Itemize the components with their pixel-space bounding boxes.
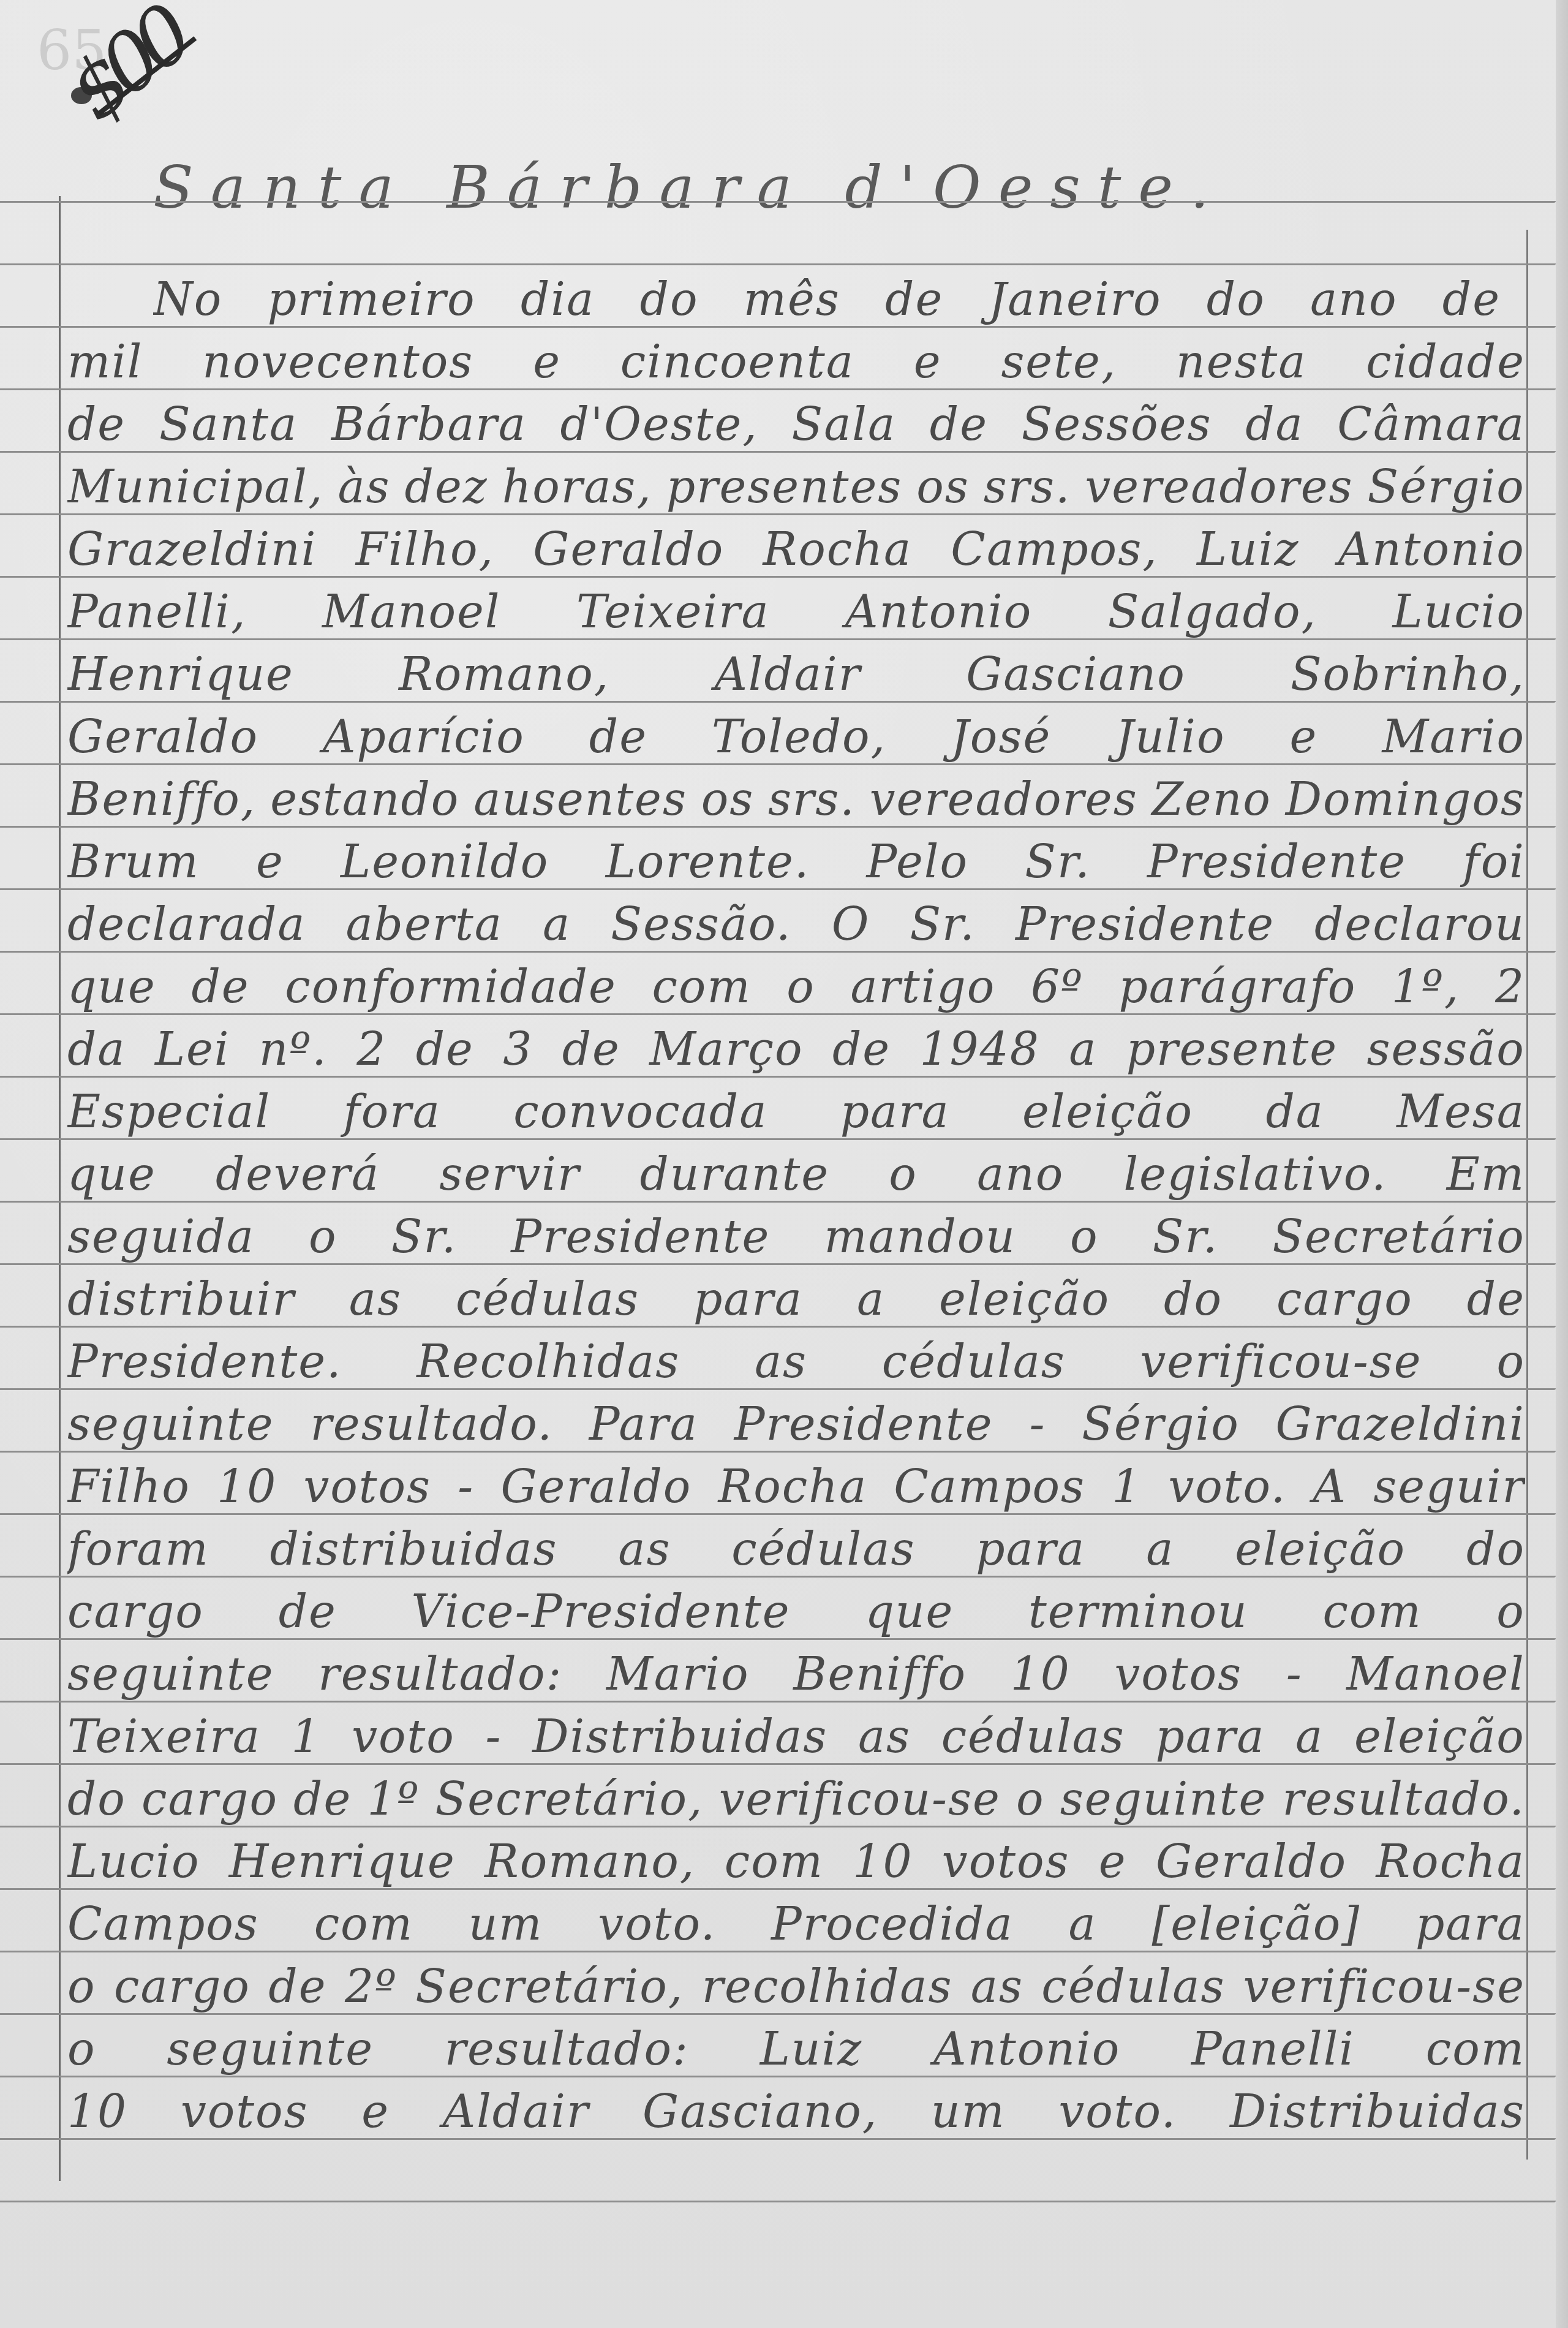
word: Presidente. — [67, 1336, 342, 1388]
word: Manoel — [322, 586, 501, 638]
word: do — [1164, 1273, 1223, 1326]
text-line: daLeinº.2de3deMarçode1948apresentesessão — [67, 1023, 1525, 1076]
word: cargo — [1276, 1273, 1413, 1326]
word: mês — [744, 273, 840, 326]
word: Presidente — [1016, 898, 1275, 951]
word: Teixeira — [67, 1710, 261, 1763]
word: parágrafo — [1118, 961, 1356, 1013]
word: A — [1313, 1461, 1347, 1513]
word: seguinte — [1060, 1773, 1267, 1826]
word: Lei — [155, 1023, 230, 1076]
text-line: Beniffo,estandoausentesossrs.vereadoresZ… — [67, 773, 1525, 826]
word: votos — [942, 1835, 1070, 1888]
word: Geraldo — [500, 1461, 692, 1513]
word: que — [865, 1585, 954, 1638]
word: resultado: — [445, 2023, 689, 2076]
word: de — [268, 1960, 326, 2013]
word: que — [67, 961, 156, 1013]
text-line: Presidente.Recolhidasascédulasverificou-… — [67, 1336, 1525, 1388]
word: de — [1442, 273, 1501, 326]
word: Zeno — [1151, 773, 1271, 826]
word: Manoel — [1346, 1648, 1525, 1701]
word: Lucio — [1392, 586, 1525, 638]
text-line: docargode1ºSecretário,verificou-seosegui… — [67, 1773, 1525, 1826]
word: Panelli, — [67, 586, 247, 638]
word: 2 — [356, 1023, 386, 1076]
word: com — [314, 1898, 413, 1951]
word: durante — [639, 1148, 829, 1201]
text-line: Filho10votos-GeraldoRochaCampos1voto.Ase… — [67, 1461, 1525, 1513]
word: mil — [67, 336, 143, 388]
word: Secretário, — [435, 1773, 703, 1826]
word: para — [840, 1086, 950, 1138]
word: Sessão. — [611, 898, 791, 951]
word: Presidente — [511, 1211, 770, 1263]
word: aberta — [345, 898, 503, 951]
word: que — [67, 1148, 156, 1201]
word: vereadores — [870, 773, 1138, 826]
text-line: milnovecentosecincoentaesete,nestacidade — [67, 336, 1525, 388]
word: o — [1496, 1585, 1525, 1638]
text-line: foramdistribuidasascédulasparaaeleiçãodo — [67, 1523, 1525, 1576]
word: Janeiro — [989, 273, 1162, 326]
word: a — [1146, 1523, 1174, 1576]
word: o — [786, 961, 815, 1013]
word: Sr. — [1025, 836, 1090, 888]
word: o — [1496, 1336, 1525, 1388]
word: Grazeldini — [1276, 1398, 1525, 1451]
ruled-line — [0, 1701, 1556, 1703]
word: para — [976, 1523, 1085, 1576]
text-line: seguidaoSr.PresidentemandouoSr.Secretári… — [67, 1211, 1525, 1263]
word: seguinte — [167, 2023, 374, 2076]
word: Beniffo, — [67, 773, 256, 826]
word: 10 — [853, 1835, 913, 1888]
ruled-line — [0, 263, 1556, 265]
word: seguir — [1373, 1461, 1525, 1513]
word: o — [67, 1960, 96, 2013]
word: do — [640, 273, 699, 326]
word: primeiro — [268, 273, 476, 326]
word: Henrique — [229, 1835, 456, 1888]
ruled-line — [0, 2076, 1556, 2077]
word: Sala — [791, 398, 896, 451]
word: do — [1207, 273, 1265, 326]
word: srs. — [984, 461, 1071, 513]
word: Leonildo — [341, 836, 549, 888]
word: votos — [181, 2085, 309, 2138]
word: votos — [303, 1461, 431, 1513]
word: estando — [270, 773, 459, 826]
word: as — [971, 1960, 1023, 2013]
ruled-line — [0, 701, 1556, 703]
ruled-line — [0, 513, 1556, 515]
word: Antonio — [845, 586, 1032, 638]
word: para — [1155, 1710, 1265, 1763]
word: de — [832, 1023, 891, 1076]
word: 2 — [1495, 961, 1525, 1013]
word: Domingos — [1286, 773, 1525, 826]
word: Gasciano — [966, 648, 1186, 701]
word: com — [652, 961, 751, 1013]
word: Filho — [67, 1461, 190, 1513]
word: Secretário — [1272, 1211, 1525, 1263]
word: 1º — [367, 1773, 420, 1826]
text-line: HenriqueRomano,AldairGascianoSobrinho, — [67, 648, 1525, 701]
word: da — [67, 1023, 126, 1076]
word: Distribuidas — [1230, 2085, 1525, 2138]
word: Sr. — [391, 1211, 457, 1263]
word: e — [533, 336, 561, 388]
word: - — [486, 1710, 502, 1763]
ruled-line — [0, 888, 1556, 890]
ruled-line — [0, 388, 1556, 390]
word: Geraldo — [67, 711, 258, 763]
ruled-line — [0, 1201, 1556, 1203]
word: nº. — [259, 1023, 328, 1076]
word: Aldair — [443, 2085, 590, 2138]
word: voto — [352, 1710, 455, 1763]
word: Panelli — [1191, 2023, 1355, 2076]
word: Romano, — [484, 1835, 695, 1888]
right-margin-rule — [1526, 230, 1528, 2160]
word: Antonio — [1338, 523, 1525, 576]
word: os — [701, 773, 755, 826]
word: Sérgio — [1082, 1398, 1239, 1451]
word: 1º, — [1392, 961, 1460, 1013]
word: Recolhidas — [417, 1336, 680, 1388]
text-line: Teixeira1voto-Distribuidasascédulasparaa… — [67, 1710, 1525, 1763]
word: Municipal, — [67, 461, 324, 513]
word: presentes — [666, 461, 902, 513]
word: Campos, — [951, 523, 1158, 576]
word: e — [1290, 711, 1318, 763]
word: vereadores — [1085, 461, 1354, 513]
word: declarou — [1314, 898, 1525, 951]
ruled-line — [0, 826, 1556, 828]
word: Lucio — [67, 1835, 200, 1888]
word: Lorente. — [606, 836, 810, 888]
ruled-line — [0, 1826, 1556, 1827]
word: Beniffo — [793, 1648, 967, 1701]
ruled-line — [0, 1951, 1556, 1952]
word: Sérgio — [1367, 461, 1525, 513]
word: Procedida — [771, 1898, 1013, 1951]
left-margin-rule — [59, 196, 61, 2181]
word: cédulas — [731, 1523, 915, 1576]
word: cédulas — [456, 1273, 639, 1326]
word: as — [618, 1523, 671, 1576]
ruled-line — [0, 1451, 1556, 1453]
word: O — [832, 898, 870, 951]
ruled-line — [0, 1138, 1556, 1140]
ruled-line — [0, 763, 1556, 765]
text-line: BrumeLeonildoLorente.PeloSr.Presidentefo… — [67, 836, 1525, 888]
word: às — [338, 461, 391, 513]
word: o — [1070, 1211, 1099, 1263]
word: do — [67, 1773, 126, 1826]
word: Sr. — [1153, 1211, 1218, 1263]
word: com — [1426, 2023, 1525, 2076]
word: Rocha — [763, 523, 913, 576]
word: de — [191, 961, 249, 1013]
scanned-ledger-page: 65 $00 Santa Bárbara d'Oeste. Noprimeiro… — [0, 0, 1568, 2328]
word: Campos — [894, 1461, 1085, 1513]
word: com — [1322, 1585, 1422, 1638]
word: Grazeldini — [67, 523, 317, 576]
word: dez — [405, 461, 488, 513]
word: Santa — [159, 398, 298, 451]
word: Rocha — [718, 1461, 868, 1513]
word: Henrique — [67, 648, 294, 701]
word: Distribuidas — [532, 1710, 827, 1763]
word: de — [885, 273, 943, 326]
word: para — [693, 1273, 803, 1326]
word: servir — [439, 1148, 580, 1201]
text-line: oseguinteresultado:LuizAntonioPanellicom — [67, 2023, 1525, 2076]
text-line: seguinteresultado:MarioBeniffo10votos-Ma… — [67, 1648, 1525, 1701]
word: cédulas — [1041, 1960, 1225, 2013]
ruled-line — [0, 1638, 1556, 1640]
word: e — [256, 836, 284, 888]
word: recolhidas — [702, 1960, 953, 2013]
word: srs. — [768, 773, 856, 826]
word: d'Oeste, — [560, 398, 758, 451]
word: declarada — [67, 898, 306, 951]
word: a — [1295, 1710, 1324, 1763]
word: a — [1069, 1023, 1097, 1076]
ruled-line — [0, 1576, 1556, 1578]
word: Mario — [606, 1648, 749, 1701]
word: - — [1286, 1648, 1303, 1701]
word: Em — [1447, 1148, 1525, 1201]
word: nesta — [1176, 336, 1306, 388]
word: 10 — [1011, 1648, 1071, 1701]
word: - — [458, 1461, 474, 1513]
word: cargo — [114, 1960, 251, 2013]
word: verificou-se — [1243, 1960, 1525, 2013]
word: 10 — [67, 2085, 127, 2138]
ruled-line — [0, 201, 1556, 203]
word: Sobrinho, — [1291, 648, 1525, 701]
word: distribuir — [67, 1273, 295, 1326]
word: e — [1099, 1835, 1127, 1888]
word: 3 — [503, 1023, 533, 1076]
word: com — [725, 1835, 824, 1888]
text-line: GrazeldiniFilho,GeraldoRochaCampos,LuizA… — [67, 523, 1525, 576]
word: Para — [589, 1398, 698, 1451]
word: eleição — [1354, 1710, 1525, 1763]
word: José — [951, 711, 1051, 763]
ruled-line — [0, 1076, 1556, 1078]
word: cidade — [1366, 336, 1525, 388]
word: voto. — [1058, 2085, 1177, 2138]
word: Mesa — [1396, 1086, 1525, 1138]
word: distribuidas — [270, 1523, 558, 1576]
word: eleição — [1235, 1523, 1406, 1576]
ruled-line — [0, 1763, 1556, 1765]
ruled-line — [0, 451, 1556, 453]
word: de — [416, 1023, 474, 1076]
word: de — [1467, 1273, 1525, 1326]
ruled-line — [0, 638, 1556, 640]
word: terminou — [1028, 1585, 1248, 1638]
word: 1948 — [919, 1023, 1039, 1076]
word: Antonio — [933, 2023, 1120, 2076]
word: No — [153, 273, 222, 326]
word: artigo — [850, 961, 995, 1013]
word: 6º — [1031, 961, 1084, 1013]
word: as — [858, 1710, 911, 1763]
word: convocada — [513, 1086, 767, 1138]
ruled-line — [0, 951, 1556, 953]
ruled-line — [0, 2013, 1556, 2015]
text-line: distribuirascédulasparaaeleiçãodocargode — [67, 1273, 1525, 1326]
ruled-line — [0, 326, 1556, 328]
word: legislativo. — [1123, 1148, 1387, 1201]
ruled-line — [0, 576, 1556, 578]
text-line: EspecialforaconvocadaparaeleiçãodaMesa — [67, 1086, 1525, 1138]
word: e — [361, 2085, 390, 2138]
word: ano — [977, 1148, 1064, 1201]
text-line: NoprimeirodiadomêsdeJaneirodoanode — [153, 273, 1501, 326]
word: de — [589, 711, 647, 763]
word: e — [914, 336, 942, 388]
word: 1 — [291, 1710, 321, 1763]
word: Especial — [67, 1086, 271, 1138]
word: o — [1016, 1773, 1045, 1826]
word: de — [930, 398, 988, 451]
page-edge — [1556, 0, 1568, 2328]
word: Julio — [1115, 711, 1225, 763]
word: seguida — [67, 1211, 255, 1263]
word: Vice-Presidente — [412, 1585, 791, 1638]
word: seguinte — [67, 1648, 274, 1701]
word: fora — [343, 1086, 440, 1138]
word: o — [67, 2023, 96, 2076]
text-line: 10votoseAldairGasciano,umvoto.Distribuid… — [67, 2085, 1525, 2138]
word: o — [889, 1148, 918, 1201]
text-line: quedeconformidadecomoartigo6ºparágrafo1º… — [67, 961, 1525, 1013]
word: Aldair — [714, 648, 861, 701]
text-line: LucioHenriqueRomano,com10votoseGeraldoRo… — [67, 1835, 1525, 1888]
text-line: cargodeVice-Presidentequeterminoucomo — [67, 1585, 1525, 1638]
word: eleição — [1022, 1086, 1193, 1138]
word: Rocha — [1376, 1835, 1525, 1888]
word: Romano, — [399, 648, 609, 701]
word: Toledo, — [712, 711, 886, 763]
word: votos — [1114, 1648, 1242, 1701]
word: do — [1466, 1523, 1525, 1576]
word: 10 — [217, 1461, 277, 1513]
word: [eleição] — [1151, 1898, 1360, 1951]
word: horas, — [502, 461, 652, 513]
text-line: GeraldoAparíciodeToledo,JoséJulioeMario — [67, 711, 1525, 763]
word: Sr. — [910, 898, 975, 951]
text-line: Camposcomumvoto.Procedidaa[eleição]para — [67, 1898, 1525, 1951]
word: conformidade — [285, 961, 616, 1013]
text-line: Panelli,ManoelTeixeiraAntonioSalgado,Luc… — [67, 586, 1525, 638]
word: um — [931, 2085, 1006, 2138]
word: dia — [521, 273, 595, 326]
word: Geraldo — [1156, 1835, 1347, 1888]
word: presente — [1126, 1023, 1338, 1076]
word: sessão — [1367, 1023, 1525, 1076]
ruled-line — [0, 1388, 1556, 1390]
text-line: ocargode2ºSecretário,recolhidasascédulas… — [67, 1960, 1525, 2013]
word: cincoenta — [620, 336, 854, 388]
ruled-line — [0, 1263, 1556, 1265]
word: Gasciano, — [643, 2085, 878, 2138]
ruled-line — [0, 2138, 1556, 2140]
word: Luiz — [1197, 523, 1299, 576]
word: verificou-se — [1140, 1336, 1422, 1388]
text-line: quedeveráservirduranteoanolegislativo.Em — [67, 1148, 1525, 1201]
word: de — [293, 1773, 352, 1826]
text-line: Municipal,àsdezhoras,presentesossrs.vere… — [67, 461, 1525, 513]
word: resultado: — [318, 1648, 562, 1701]
word: as — [349, 1273, 402, 1326]
word: resultado. — [310, 1398, 552, 1451]
ruled-line — [0, 1013, 1556, 1015]
word: voto. — [598, 1898, 716, 1951]
word: Campos — [67, 1898, 259, 1951]
word: Salgado, — [1108, 586, 1317, 638]
word: a — [857, 1273, 885, 1326]
word: Câmara — [1337, 398, 1525, 451]
word: Março — [649, 1023, 803, 1076]
word: os — [916, 461, 970, 513]
word: de — [562, 1023, 620, 1076]
page-title: Santa Bárbara d'Oeste. — [153, 153, 1226, 222]
ruled-line — [0, 2201, 1556, 2202]
word: Bárbara — [331, 398, 527, 451]
word: 1 — [1112, 1461, 1142, 1513]
ruled-line — [0, 1513, 1556, 1515]
word: seguinte — [67, 1398, 274, 1451]
word: Secretário, — [415, 1960, 684, 2013]
word: de — [67, 398, 126, 451]
word: para — [1415, 1898, 1525, 1951]
word: eleição — [939, 1273, 1110, 1326]
word: a — [543, 898, 571, 951]
word: cédulas — [941, 1710, 1125, 1763]
word: da — [1245, 398, 1304, 451]
text-line: deSantaBárbarad'Oeste,SaladeSessõesdaCâm… — [67, 398, 1525, 451]
word: de — [279, 1585, 337, 1638]
word: sete, — [1001, 336, 1117, 388]
word: Aparício — [323, 711, 525, 763]
word: Pelo — [867, 836, 968, 888]
word: as — [755, 1336, 807, 1388]
word: 2º — [345, 1960, 398, 2013]
word: cargo — [141, 1773, 278, 1826]
word: Geraldo — [533, 523, 724, 576]
word: cargo — [67, 1585, 204, 1638]
word: da — [1265, 1086, 1324, 1138]
word: foram — [67, 1523, 209, 1576]
word: Presidente — [734, 1398, 993, 1451]
word: foi — [1463, 836, 1525, 888]
word: resultado. — [1283, 1773, 1525, 1826]
word: cédulas — [882, 1336, 1066, 1388]
word: ausentes — [473, 773, 687, 826]
word: - — [1029, 1398, 1046, 1451]
word: mandou — [824, 1211, 1016, 1263]
word: um — [469, 1898, 543, 1951]
word: o — [309, 1211, 337, 1263]
word: voto. — [1168, 1461, 1286, 1513]
